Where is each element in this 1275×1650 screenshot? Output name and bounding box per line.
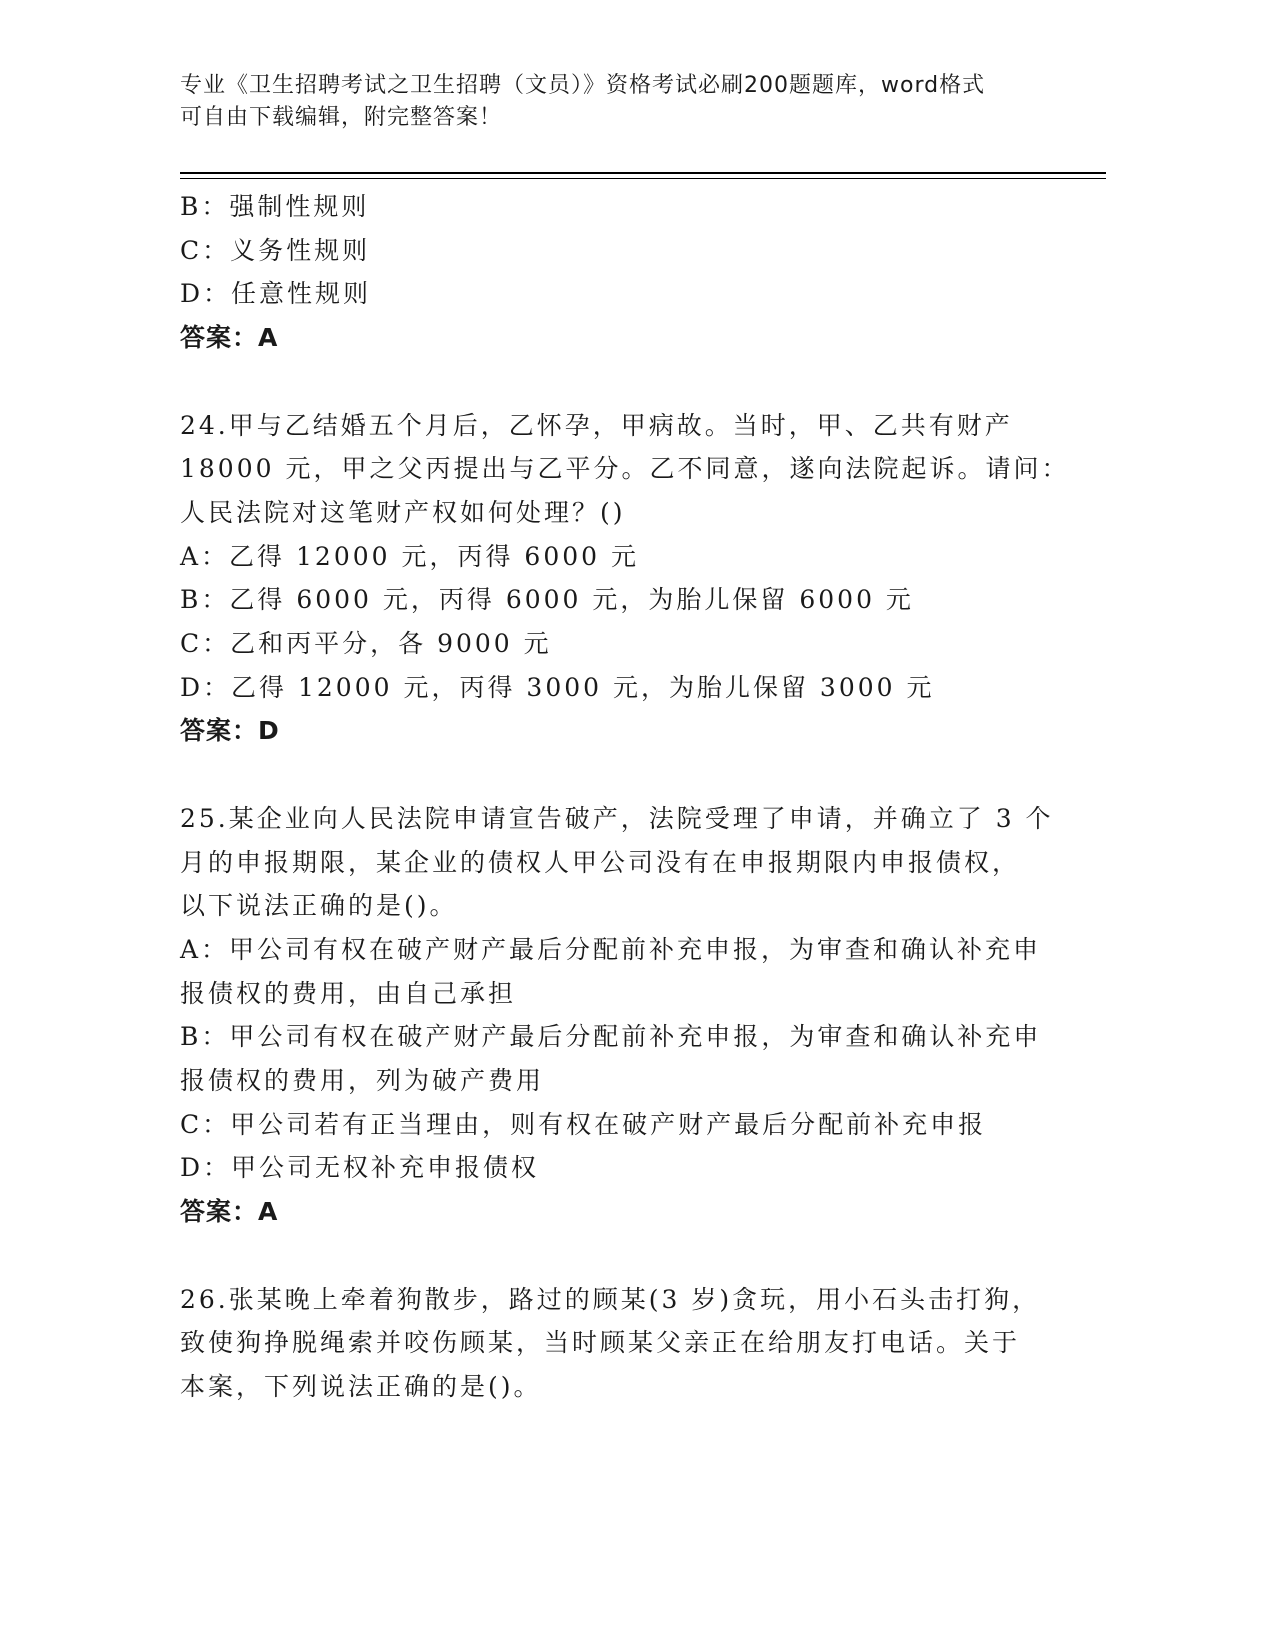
- option-d: D：甲公司无权补充申报债权: [180, 1146, 1040, 1190]
- spacer: [180, 1234, 1040, 1278]
- option-a: A：甲公司有权在破产财产最后分配前补充申报，为审查和确认补充申: [180, 928, 1040, 972]
- question-stem-line: 24.甲与乙结婚五个月后，乙怀孕，甲病故。当时，甲、乙共有财产: [180, 404, 1040, 448]
- option-b-continued: 报债权的费用，列为破产费用: [180, 1059, 1040, 1103]
- document-header: 专业《卫生招聘考试之卫生招聘（文员）》资格考试必刷200题题库，word格式 可…: [180, 70, 1040, 134]
- answer-line: 答案：A: [180, 316, 1040, 360]
- option-c: C：义务性规则: [180, 229, 1040, 273]
- question-26: 26.张某晚上牵着狗散步，路过的顾某(3 岁)贪玩，用小石头击打狗， 致使狗挣脱…: [180, 1278, 1040, 1409]
- option-a-continued: 报债权的费用，由自己承担: [180, 972, 1040, 1016]
- header-line: 专业《卫生招聘考试之卫生招聘（文员）》资格考试必刷200题题库，word格式: [180, 70, 1040, 102]
- option-b: B：甲公司有权在破产财产最后分配前补充申报，为审查和确认补充申: [180, 1015, 1040, 1059]
- answer-line: 答案：D: [180, 709, 1040, 753]
- question-stem-line: 本案，下列说法正确的是()。: [180, 1365, 1040, 1409]
- option-b: B：强制性规则: [180, 185, 1040, 229]
- header-double-rule: [180, 172, 1106, 179]
- document-body: B：强制性规则 C：义务性规则 D：任意性规则 答案：A 24.甲与乙结婚五个月…: [180, 185, 1040, 1409]
- option-b: B：乙得 6000 元，丙得 6000 元，为胎儿保留 6000 元: [180, 578, 1040, 622]
- option-a: A：乙得 12000 元，丙得 6000 元: [180, 535, 1040, 579]
- previous-question-tail: B：强制性规则 C：义务性规则 D：任意性规则 答案：A: [180, 185, 1040, 360]
- question-25: 25.某企业向人民法院申请宣告破产，法院受理了申请，并确立了 3 个 月的申报期…: [180, 797, 1040, 1234]
- question-stem-line: 26.张某晚上牵着狗散步，路过的顾某(3 岁)贪玩，用小石头击打狗，: [180, 1278, 1040, 1322]
- spacer: [180, 753, 1040, 797]
- question-stem-line: 18000 元，甲之父丙提出与乙平分。乙不同意，遂向法院起诉。请问：: [180, 447, 1040, 491]
- option-d: D：任意性规则: [180, 272, 1040, 316]
- question-24: 24.甲与乙结婚五个月后，乙怀孕，甲病故。当时，甲、乙共有财产 18000 元，…: [180, 404, 1040, 754]
- question-stem-line: 月的申报期限，某企业的债权人甲公司没有在申报期限内申报债权，: [180, 841, 1040, 885]
- option-c: C：甲公司若有正当理由，则有权在破产财产最后分配前补充申报: [180, 1103, 1040, 1147]
- header-line: 可自由下载编辑，附完整答案！: [180, 102, 1040, 134]
- question-stem-line: 以下说法正确的是()。: [180, 884, 1040, 928]
- spacer: [180, 360, 1040, 404]
- option-d: D：乙得 12000 元，丙得 3000 元，为胎儿保留 3000 元: [180, 666, 1040, 710]
- question-stem-line: 致使狗挣脱绳索并咬伤顾某，当时顾某父亲正在给朋友打电话。关于: [180, 1321, 1040, 1365]
- question-stem-line: 人民法院对这笔财产权如何处理？(): [180, 491, 1040, 535]
- question-stem-line: 25.某企业向人民法院申请宣告破产，法院受理了申请，并确立了 3 个: [180, 797, 1040, 841]
- answer-line: 答案：A: [180, 1190, 1040, 1234]
- option-c: C：乙和丙平分，各 9000 元: [180, 622, 1040, 666]
